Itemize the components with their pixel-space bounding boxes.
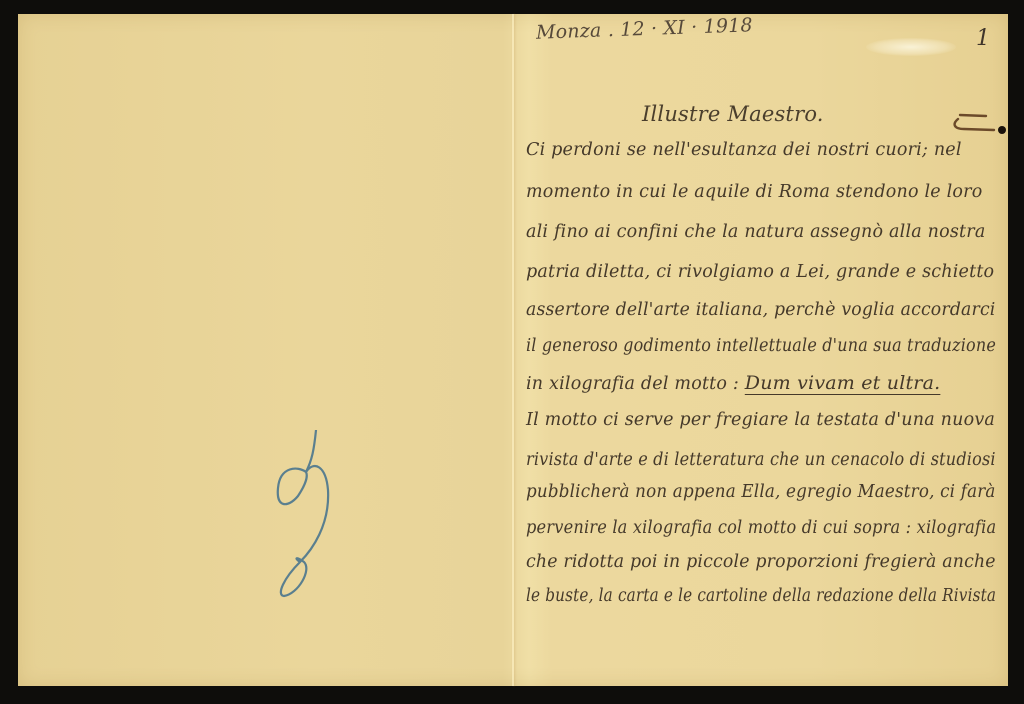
motto: Dum vivam et ultra. <box>745 372 941 394</box>
letter-line-8: Il motto ci serve per fregiare la testat… <box>526 410 995 430</box>
letter-line-7: in xilografia del motto : Dum vivam et u… <box>526 372 940 394</box>
blue-pencil-annotation-icon <box>254 430 334 600</box>
letter-line-3: ali fino ai confini che la natura assegn… <box>526 222 985 242</box>
date-line: Monza . 12 · XI · 1918 <box>536 14 753 44</box>
letter-line-9: rivista d'arte e di letteratura che un c… <box>526 450 996 470</box>
left-page: 2 <box>18 14 512 686</box>
page-number: 1 <box>976 26 990 51</box>
paper-clip-mark-icon <box>950 110 1008 136</box>
letter-line-10: pubblicherà non appena Ella, egregio Mae… <box>526 482 996 502</box>
scan-background: 2 Monza . 12 · XI · 1918 1 Illustre Maes… <box>0 0 1024 704</box>
letter-line-1: Ci perdoni se nell'esultanza dei nostri … <box>526 140 962 160</box>
letter-line-5: assertore dell'arte italiana, perchè vog… <box>526 300 996 320</box>
salutation: Illustre Maestro. <box>642 102 824 126</box>
letter-line-6: il generoso godimento intellettuale d'un… <box>526 336 996 356</box>
letter-line-4: patria diletta, ci rivolgiamo a Lei, gra… <box>526 262 994 282</box>
letter-line-12: che ridotta poi in piccole proporzioni f… <box>526 552 996 572</box>
letter-sheet: 2 Monza . 12 · XI · 1918 1 Illustre Maes… <box>18 14 1008 686</box>
right-page: Monza . 12 · XI · 1918 1 Illustre Maestr… <box>514 14 1008 686</box>
motto-intro: in xilografia del motto : <box>526 374 739 394</box>
paper-scuff <box>866 38 956 56</box>
letter-line-2: momento in cui le aquile di Roma stendon… <box>526 182 982 202</box>
letter-line-11: pervenire la xilografia col motto di cui… <box>526 518 996 538</box>
letter-line-13: le buste, la carta e le cartoline della … <box>526 586 996 606</box>
